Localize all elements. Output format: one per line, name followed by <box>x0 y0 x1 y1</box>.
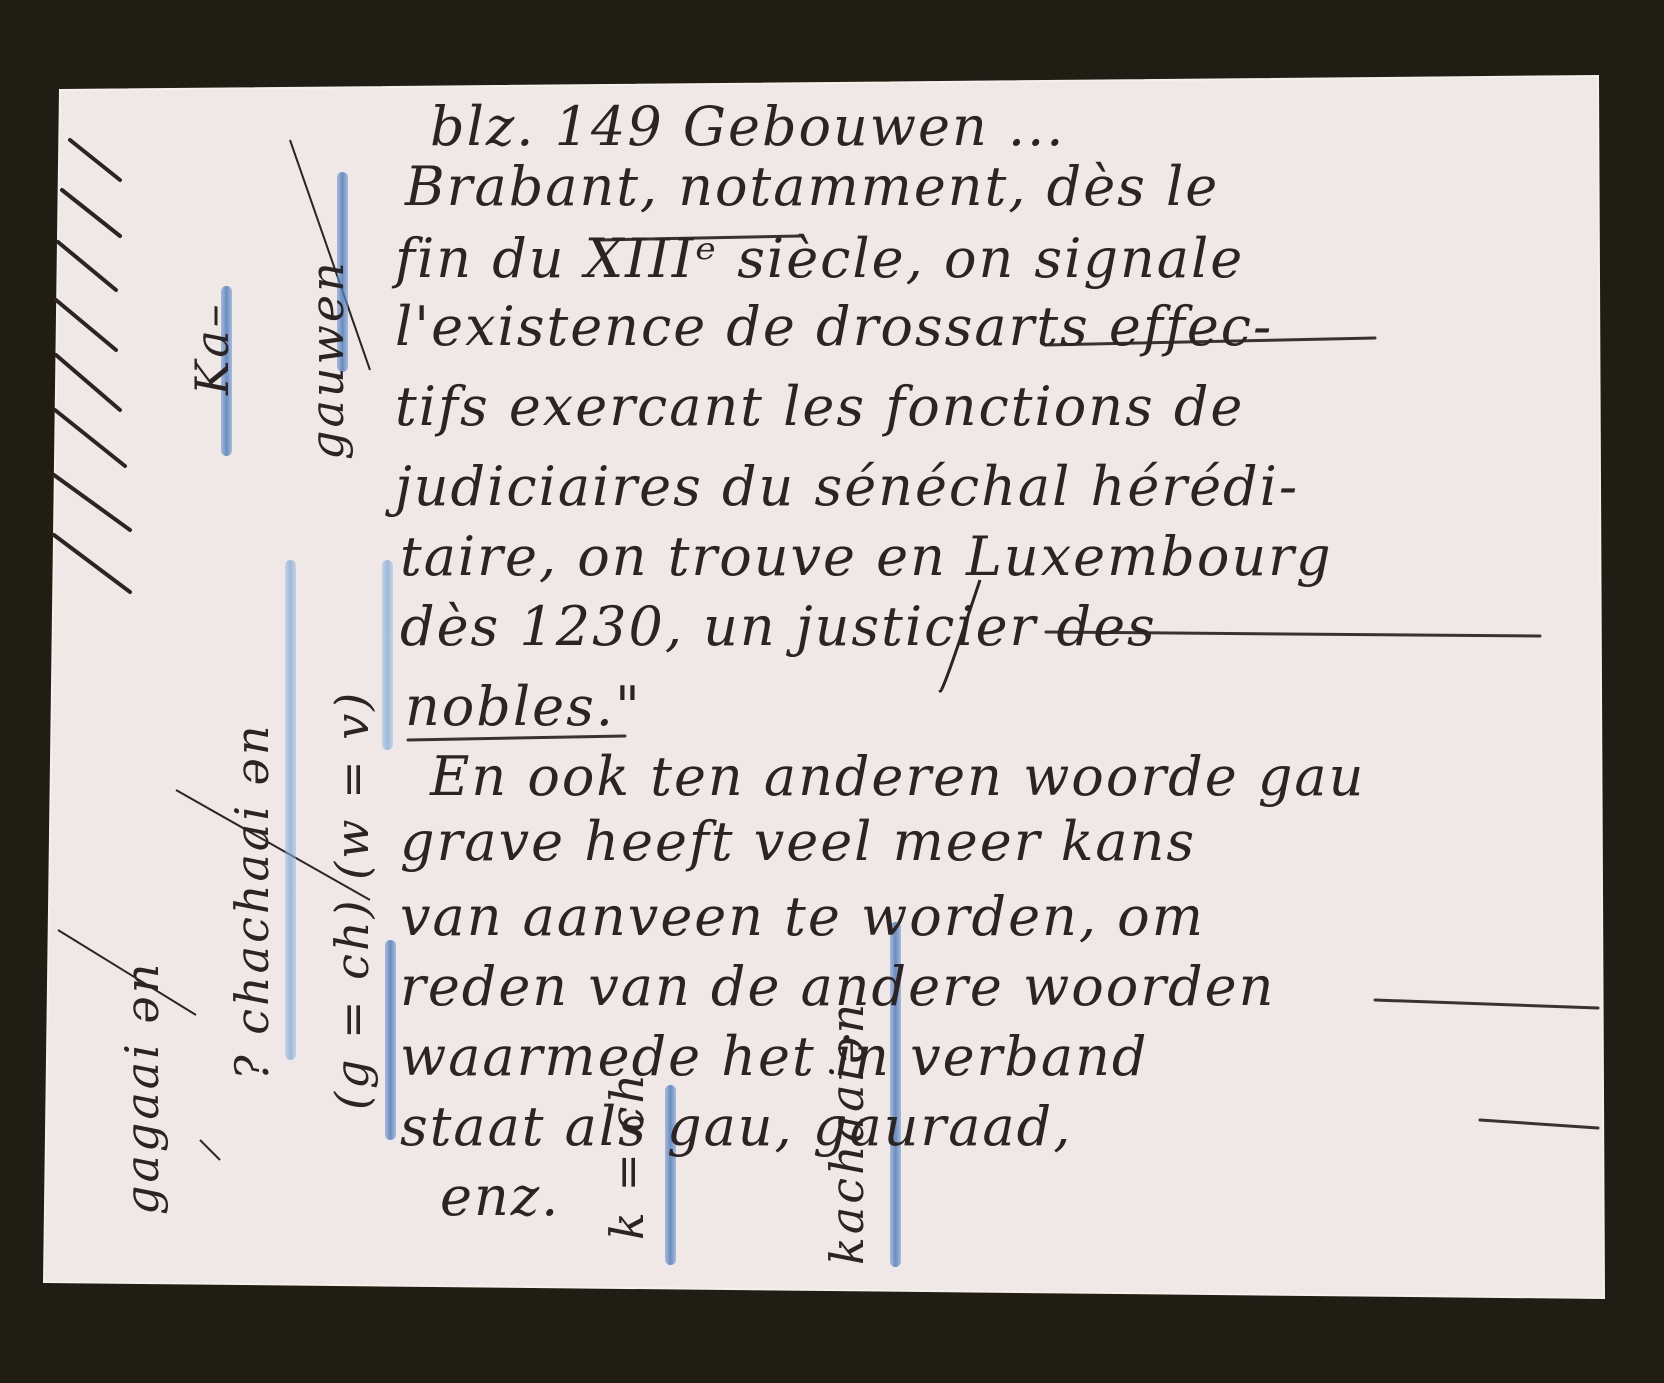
text-line: taire, on trouve en Luxembourg <box>400 530 1333 584</box>
text-line: grave heeft veel meer kans <box>400 815 1196 869</box>
margin-note: k = ch <box>600 1071 654 1240</box>
margin-note: Ka– <box>185 301 239 395</box>
margin-note: ? chachaai ən <box>225 722 279 1080</box>
text-line: enz. <box>440 1170 560 1224</box>
text-line: blz. 149 Gebouwen ... <box>430 100 1065 154</box>
margin-note: gauwen <box>300 259 354 460</box>
blue-pencil-mark <box>382 560 393 750</box>
text-line: fin du XIIIᵉ siècle, on signale <box>395 232 1244 286</box>
blue-pencil-mark <box>385 940 396 1140</box>
text-line: En ook ten anderen woorde gau <box>430 750 1365 804</box>
text-line: van aanveen te worden, om <box>400 890 1205 944</box>
text-line: l'existence de drossarts effec- <box>395 300 1273 354</box>
blue-pencil-mark <box>285 560 296 1060</box>
text-line: judiciaires du sénéchal hérédi- <box>395 460 1299 514</box>
text-line: dès 1230, un justicier des <box>400 600 1157 654</box>
text-line: tifs exercant les fonctions de <box>395 380 1244 434</box>
margin-note: kachaaiən <box>820 1001 874 1265</box>
text-line: staat als gau, gauraad, <box>400 1100 1072 1154</box>
margin-note: (g = ch) (w = v) <box>325 690 379 1110</box>
text-line: nobles." <box>405 680 642 734</box>
text-line: waarmede het in verband <box>400 1030 1148 1084</box>
margin-note: gagaai ən <box>115 961 169 1215</box>
document-page: blz. 149 Gebouwen ... Brabant, notamment… <box>0 0 1664 1383</box>
text-line: Brabant, notamment, dès le <box>405 160 1219 214</box>
